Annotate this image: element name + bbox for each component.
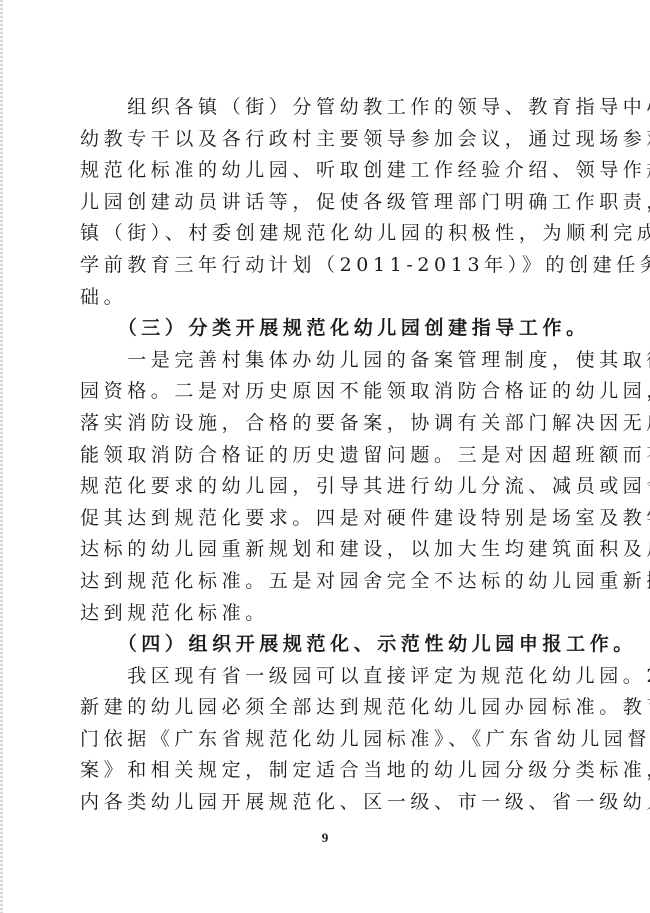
paragraph-line: 幼教专干以及各行政村主要领导参加会议，通过现场参观已达到 [80,124,566,156]
paragraph-line: 一是完善村集体办幼儿园的备案管理制度，使其取得合法办 [80,345,566,377]
paragraph-line: 达到规范化标准。 [80,598,566,630]
paragraph-line: 新建的幼儿园必须全部达到规范化幼儿园办园标准。教育行政部 [80,692,566,724]
paragraph-line: 我区现有省一级园可以直接评定为规范化幼儿园。2011年起 [80,661,566,693]
paragraph-line: 规范化要求的幼儿园，引导其进行幼儿分流、减员或园舍整改， [80,471,566,503]
paragraph-line: 组织各镇（街）分管幼教工作的领导、教育指导中心主任、 [80,92,566,124]
paragraph-line: 门依据《广东省规范化幼儿园标准》、《广东省幼儿园督导评估方 [80,724,566,756]
document-body: 组织各镇（街）分管幼教工作的领导、教育指导中心主任、 幼教专干以及各行政村主要领… [80,92,566,819]
paragraph-line: 达到规范化标准。五是对园舍完全不达标的幼儿园重新搬迁场地， [80,566,566,598]
paragraph-line: 础。 [80,282,566,314]
paragraph-line: 儿园创建动员讲话等，促使各级管理部门明确工作职责，调动各 [80,187,566,219]
scan-edge [0,0,3,913]
paragraph-line: 达标的幼儿园重新规划和建设，以加大生均建筑面积及户外面积， [80,534,566,566]
paragraph-line: 促其达到规范化要求。四是对硬件建设特别是场室及教学用房不 [80,503,566,535]
paragraph-line: 规范化标准的幼儿园、听取创建工作经验介绍、领导作规范化幼 [80,155,566,187]
paragraph-line: 园资格。二是对历史原因不能领取消防合格证的幼儿园，督促其 [80,376,566,408]
paragraph-line: 落实消防设施，合格的要备案，协调有关部门解决因无房产证不 [80,408,566,440]
page-number: 9 [0,830,650,846]
paragraph-line: 能领取消防合格证的历史遗留问题。三是对因超班额而不能达到 [80,440,566,472]
paragraph-line: 镇（街）、村委创建规范化幼儿园的积极性，为顺利完成《广州市 [80,218,566,250]
paragraph-line: 案》和相关规定，制定适合当地的幼儿园分级分类标准，对辖区 [80,755,566,787]
paragraph-line: 学前教育三年行动计划（2011-2013年）》的创建任务奠定良好基 [80,250,566,282]
paragraph-line: 内各类幼儿园开展规范化、区一级、市一级、省一级幼儿园的评 [80,787,566,819]
section-heading-3: （三）分类开展规范化幼儿园创建指导工作。 [80,313,566,345]
section-heading-4: （四）组织开展规范化、示范性幼儿园申报工作。 [80,629,566,661]
